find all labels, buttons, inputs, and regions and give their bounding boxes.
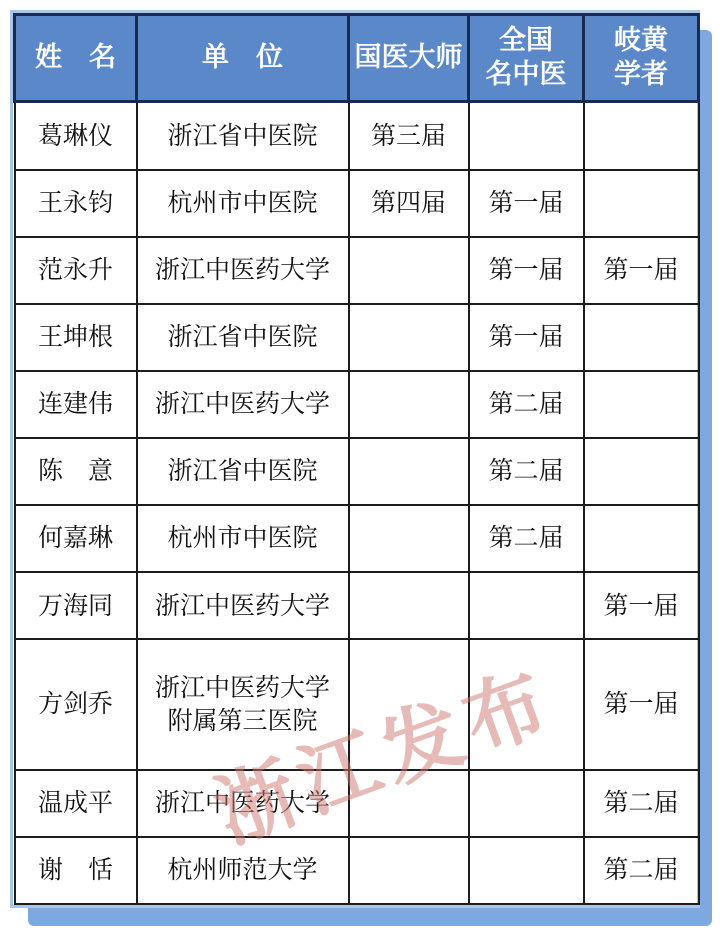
table-row: 温成平浙江中医药大学第二届 — [15, 770, 699, 837]
table-row: 谢 恬杭州师范大学第二届 — [15, 837, 699, 904]
table-cell — [584, 505, 699, 572]
table-cell — [349, 438, 469, 505]
table-header: 姓 名单 位国医大师全国 名中医岐黄 学者 — [15, 15, 699, 102]
table-cell: 浙江中医药大学 — [137, 770, 349, 837]
table-cell: 第二届 — [469, 505, 584, 572]
table-cell: 第一届 — [469, 170, 584, 237]
table-cell: 第四届 — [349, 170, 469, 237]
table-row: 陈 意浙江省中医院第二届 — [15, 438, 699, 505]
table-cell: 王坤根 — [15, 304, 137, 371]
table-row: 方剑乔浙江中医药大学 附属第三医院第一届 — [15, 639, 699, 769]
table-cell: 浙江省中医院 — [137, 102, 349, 170]
table-cell: 王永钧 — [15, 170, 137, 237]
table-cell: 第二届 — [584, 837, 699, 904]
table-cell: 第一届 — [469, 304, 584, 371]
table-cell — [469, 639, 584, 769]
page: 姓 名单 位国医大师全国 名中医岐黄 学者 葛琳仪浙江省中医院第三届王永钧杭州市… — [0, 0, 720, 941]
table-cell: 连建伟 — [15, 371, 137, 438]
table-cell: 温成平 — [15, 770, 137, 837]
table-cell — [584, 102, 699, 170]
table-cell — [349, 837, 469, 904]
table-cell: 陈 意 — [15, 438, 137, 505]
table-cell — [349, 304, 469, 371]
table-cell — [584, 438, 699, 505]
table-cell — [469, 770, 584, 837]
table-cell: 浙江省中医院 — [137, 438, 349, 505]
column-header-4: 全国 名中医 — [469, 15, 584, 102]
table-row: 王永钧杭州市中医院第四届第一届 — [15, 170, 699, 237]
table-cell — [469, 572, 584, 639]
table-row: 范永升浙江中医药大学第一届第一届 — [15, 237, 699, 304]
column-header-2: 单 位 — [137, 15, 349, 102]
table-cell: 谢 恬 — [15, 837, 137, 904]
table-cell: 何嘉琳 — [15, 505, 137, 572]
column-header-5: 岐黄 学者 — [584, 15, 699, 102]
table-cell: 万海同 — [15, 572, 137, 639]
table-cell — [584, 371, 699, 438]
table-cell: 第二届 — [469, 371, 584, 438]
table-cell: 第三届 — [349, 102, 469, 170]
table-row: 葛琳仪浙江省中医院第三届 — [15, 102, 699, 170]
table-cell — [349, 572, 469, 639]
table-cell: 第一届 — [469, 237, 584, 304]
table-cell: 第一届 — [584, 639, 699, 769]
column-header-3: 国医大师 — [349, 15, 469, 102]
table-cell — [349, 639, 469, 769]
table-cell: 杭州市中医院 — [137, 505, 349, 572]
table-row: 万海同浙江中医药大学第一届 — [15, 572, 699, 639]
table-cell — [469, 837, 584, 904]
table-cell: 第二届 — [469, 438, 584, 505]
table-cell: 范永升 — [15, 237, 137, 304]
table-cell: 浙江省中医院 — [137, 304, 349, 371]
table-body: 葛琳仪浙江省中医院第三届王永钧杭州市中医院第四届第一届范永升浙江中医药大学第一届… — [15, 102, 699, 905]
table-panel: 姓 名单 位国医大师全国 名中医岐黄 学者 葛琳仪浙江省中医院第三届王永钧杭州市… — [10, 10, 700, 908]
table-row: 何嘉琳杭州市中医院第二届 — [15, 505, 699, 572]
table-cell: 浙江中医药大学 附属第三医院 — [137, 639, 349, 769]
table-cell: 第一届 — [584, 572, 699, 639]
header-row: 姓 名单 位国医大师全国 名中医岐黄 学者 — [15, 15, 699, 102]
table-cell — [349, 505, 469, 572]
table-cell: 杭州师范大学 — [137, 837, 349, 904]
table-cell — [349, 371, 469, 438]
tcm-experts-table: 姓 名单 位国医大师全国 名中医岐黄 学者 葛琳仪浙江省中医院第三届王永钧杭州市… — [13, 13, 700, 905]
table-cell: 杭州市中医院 — [137, 170, 349, 237]
table-cell — [349, 770, 469, 837]
table-cell: 葛琳仪 — [15, 102, 137, 170]
table-cell — [584, 170, 699, 237]
table-cell: 浙江中医药大学 — [137, 572, 349, 639]
table-cell — [349, 237, 469, 304]
table-cell: 浙江中医药大学 — [137, 371, 349, 438]
table-cell: 浙江中医药大学 — [137, 237, 349, 304]
table-cell — [469, 102, 584, 170]
column-header-1: 姓 名 — [15, 15, 137, 102]
table-row: 连建伟浙江中医药大学第二届 — [15, 371, 699, 438]
table-cell — [584, 304, 699, 371]
table-cell: 第二届 — [584, 770, 699, 837]
table-row: 王坤根浙江省中医院第一届 — [15, 304, 699, 371]
table-cell: 方剑乔 — [15, 639, 137, 769]
table-cell: 第一届 — [584, 237, 699, 304]
